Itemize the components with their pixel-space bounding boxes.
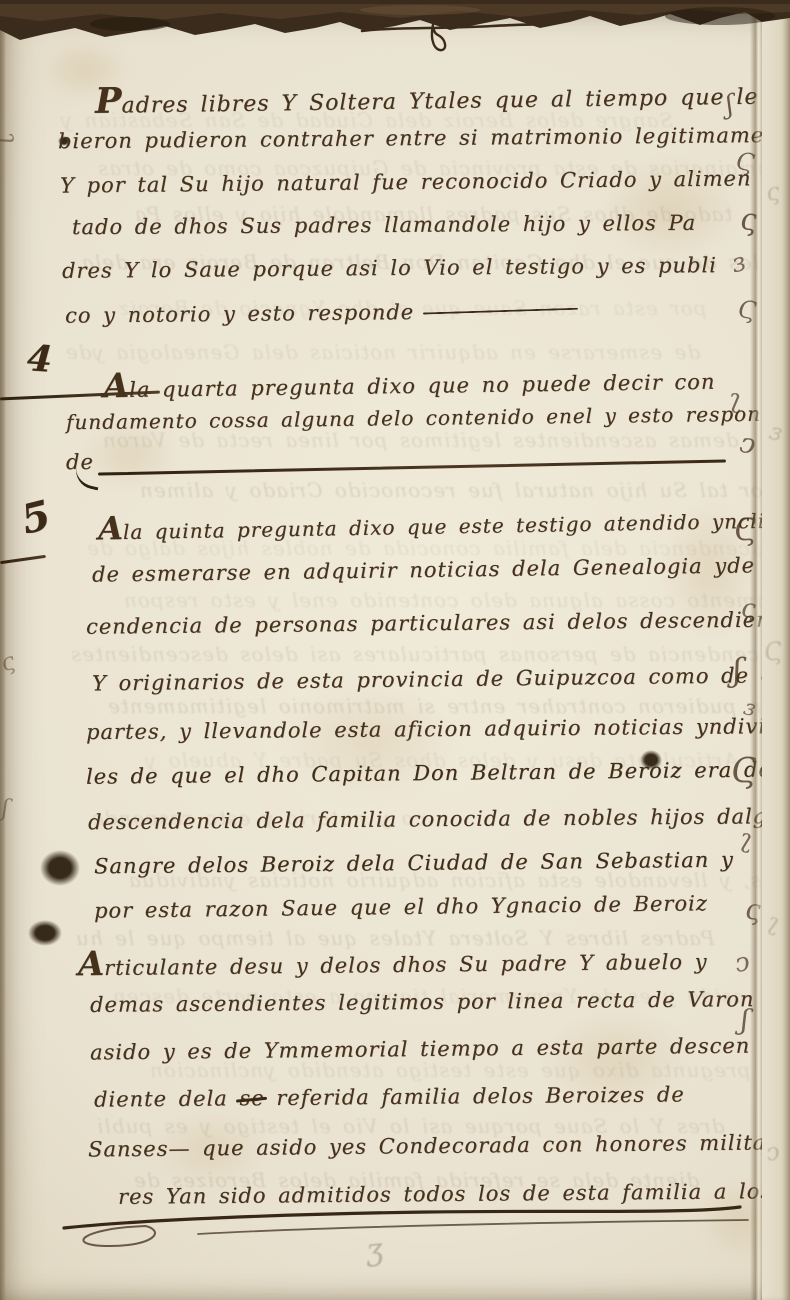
ink-blot bbox=[28, 920, 62, 946]
manuscript-line-16: descendencia dela familia conocida de no… bbox=[88, 804, 790, 834]
margin-rule-5 bbox=[0, 555, 46, 564]
ink-fragment: ʃ bbox=[733, 654, 742, 686]
ink-fragment: ʃ bbox=[740, 1006, 750, 1034]
torn-top-edge bbox=[0, 0, 790, 48]
manuscript-line-1: Padres libres Y Soltera Ytales que al ti… bbox=[95, 71, 790, 122]
struck-out-word: se bbox=[239, 1086, 264, 1110]
ink-fragment: ͻ bbox=[733, 949, 752, 977]
manuscript-line-4: tado de dhos Sus padres llamandole hijo … bbox=[72, 211, 696, 239]
manuscript-line-20: demas ascendientes legitimos por linea r… bbox=[90, 987, 755, 1017]
page-fold-shadow bbox=[750, 0, 762, 1300]
manuscript-line-18: por esta razon Saue que el dho Ygnacio d… bbox=[94, 891, 708, 922]
end-of-answer-dash bbox=[423, 308, 578, 315]
ghost-line: cendencia de personas particulares asi d… bbox=[70, 642, 759, 666]
ink-fragment: ʃ bbox=[1, 796, 10, 821]
section-divider-rule bbox=[98, 459, 726, 475]
manuscript-line-14: partes, y llevandole esta aficion adquir… bbox=[86, 714, 790, 744]
manuscript-line-5: dres Y lo Saue porque asi lo Vio el test… bbox=[62, 253, 717, 283]
ink-blot bbox=[40, 850, 80, 886]
ink-fragment: ʅ bbox=[729, 386, 742, 412]
manuscript-line-19: Articulante desu y delos dhos Su padre Y… bbox=[78, 937, 708, 984]
bottom-flourish-rule bbox=[48, 1194, 752, 1266]
margin-number-4: 4 bbox=[26, 337, 54, 381]
margin-number-5: 5 bbox=[17, 491, 55, 543]
manuscript-line-13: Y originarios de esta provincia de Guipu… bbox=[92, 663, 790, 696]
scanned-manuscript-page: Sangre delos Beroiz dela Ciudad de San S… bbox=[0, 0, 790, 1300]
ink-fragment: ʒ bbox=[364, 1235, 384, 1267]
underlying-page-ghost-stroke: Ϛ bbox=[762, 639, 784, 666]
paper-sheet: Sangre delos Beroiz dela Ciudad de San S… bbox=[0, 0, 790, 1300]
manuscript-line-2: bieron pudieron contraher entre si matri… bbox=[58, 123, 790, 153]
manuscript-line-7: Ala quarta pregunta dixo que no puede de… bbox=[103, 357, 716, 406]
manuscript-line-6: co y notorio y esto responde bbox=[65, 298, 578, 327]
